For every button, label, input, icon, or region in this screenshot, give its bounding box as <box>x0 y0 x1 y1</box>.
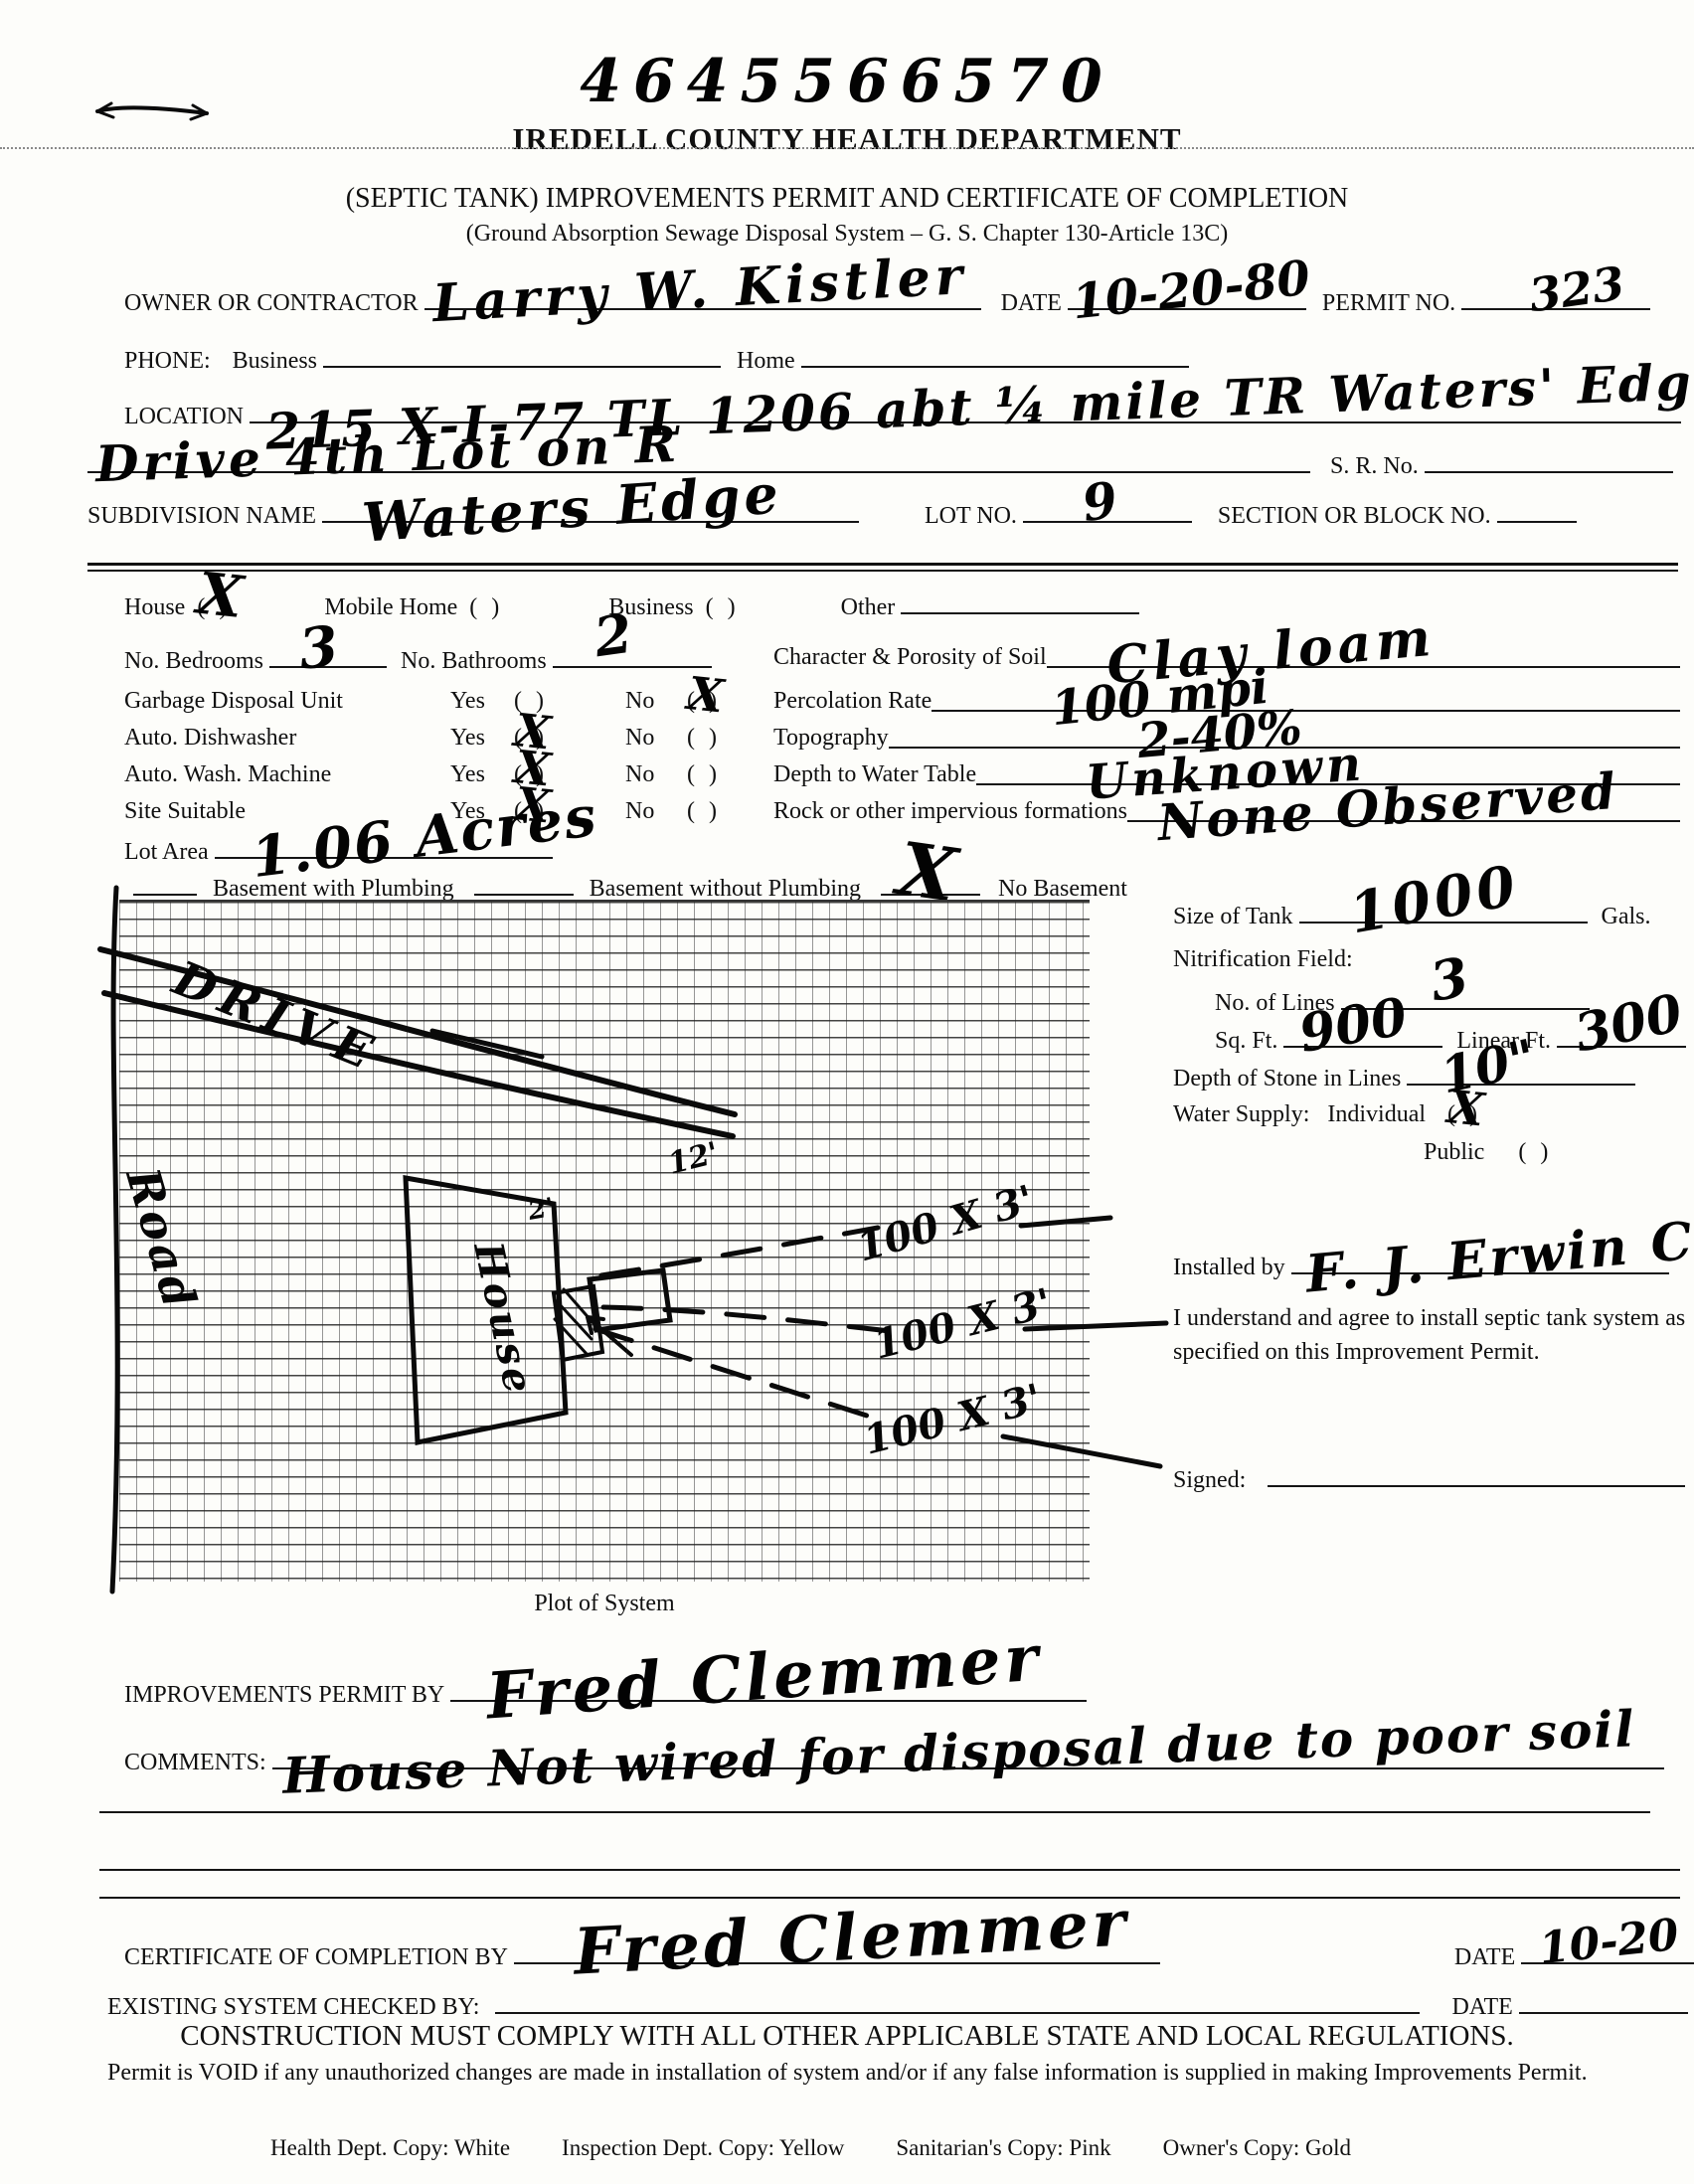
tank-size-row: Size of Tank 1000 Gals. <box>1173 900 1651 930</box>
bathrooms-label: No. Bathrooms <box>401 648 547 675</box>
comments-value: House Not wired for disposal due to poor… <box>281 1704 1636 1800</box>
phone-home-label: Home <box>737 348 795 375</box>
subdivision-label: SUBDIVISION NAME <box>87 503 316 530</box>
signed-row: Signed: <box>1173 1463 1685 1494</box>
water-supply-row: Water Supply: Individual ( ) X <box>1173 1101 1481 1128</box>
location-label: LOCATION <box>124 404 244 430</box>
bedrooms-label: No. Bedrooms <box>124 648 263 675</box>
no-checkbox: ( ) <box>687 725 721 752</box>
house-label: House <box>124 594 185 621</box>
yes-label: Yes <box>450 725 508 752</box>
rock-label: Rock or other impervious formations <box>773 798 1127 825</box>
topography-label: Topography <box>773 725 889 752</box>
business-paren: ( ) <box>706 594 740 620</box>
completion-date-value: 10-20 <box>1537 1914 1681 1971</box>
bedrooms-value: 3 <box>296 618 341 678</box>
rock-line: None Observed <box>1127 798 1680 822</box>
drain-leader-3 <box>1003 1436 1160 1466</box>
installed-by-value: F. J. Erwin Co <box>1303 1212 1694 1300</box>
permit-no-value: 323 <box>1526 260 1626 319</box>
no-label: No <box>625 761 681 788</box>
completion-signature: Fred Clemmer <box>573 1892 1131 1984</box>
other-line <box>901 590 1139 614</box>
soil-character-label: Character & Porosity of Soil <box>773 644 1047 671</box>
no-label: No <box>625 688 681 715</box>
installed-by-row: Installed by F. J. Erwin Co <box>1173 1251 1669 1281</box>
phone-home-line <box>801 344 1189 368</box>
no-label: No <box>625 725 681 752</box>
no-checkbox: ( ) <box>687 798 721 825</box>
existing-system-row: EXISTING SYSTEM CHECKED BY: DATE <box>107 1990 1688 2021</box>
subdivision-line: Waters Edge <box>322 499 859 523</box>
appliance-row: Auto. Dishwasher Yes ( )X No ( ) <box>124 725 721 752</box>
drain-line-label: 100 X 3' <box>859 1375 1046 1464</box>
permit-by-row: IMPROVEMENTS PERMIT BY Fred Clemmer <box>124 1678 1087 1709</box>
section-line <box>1497 499 1577 523</box>
copy-distribution: Health Dept. Copy: White Inspection Dept… <box>270 2135 1351 2161</box>
completion-date-line: 10-20 <box>1521 1940 1694 1964</box>
other-label: Other <box>841 594 896 621</box>
appliance-label: Auto. Wash. Machine <box>124 761 444 788</box>
sr-no-label: S. R. No. <box>1330 453 1419 480</box>
appliance-row: Auto. Wash. Machine Yes ( )X No ( ) <box>124 761 721 788</box>
stone-depth-row: Depth of Stone in Lines 10" <box>1173 1062 1635 1092</box>
phone-business-label: Business <box>233 348 317 375</box>
comments-blank-line <box>99 1811 1650 1813</box>
rock-row: Rock or other impervious formations None… <box>773 798 1680 825</box>
mobile-home-checkbox: ( ) <box>469 594 503 621</box>
location-row-2: Drive 4th Lot on R S. R. No. <box>87 449 1673 480</box>
dimension-label: 12' <box>664 1135 722 1181</box>
permit-no-line: 323 <box>1461 286 1650 310</box>
handwritten-document-number: 4645566570 <box>0 52 1694 111</box>
paren: ( ) <box>1518 1139 1552 1165</box>
individual-label: Individual <box>1327 1101 1426 1128</box>
lot-no-line: 9 <box>1023 499 1192 523</box>
scanned-permit-form: 4645566570 IREDELL COUNTY HEALTH DEPARTM… <box>0 0 1694 2184</box>
nitrification-label: Nitrification Field: <box>1173 946 1353 973</box>
permit-by-line: Fred Clemmer <box>450 1678 1087 1702</box>
lot-no-label: LOT NO. <box>925 503 1017 530</box>
lot-area-label: Lot Area <box>124 839 209 866</box>
compliance-statement: CONSTRUCTION MUST COMPLY WITH ALL OTHER … <box>0 2020 1694 2053</box>
date-value: 10-20-80 <box>1070 254 1312 327</box>
stone-depth-label: Depth of Stone in Lines <box>1173 1066 1401 1092</box>
department-title: IREDELL COUNTY HEALTH DEPARTMENT <box>0 121 1694 157</box>
drain-line-label: 100 X 3' <box>869 1279 1056 1369</box>
completion-label: CERTIFICATE OF COMPLETION BY <box>124 1944 508 1971</box>
stone-depth-line: 10" <box>1407 1062 1635 1086</box>
date-label: DATE <box>1001 290 1062 317</box>
no-checkbox: ( )X <box>687 688 721 715</box>
tank-size-value: 1000 <box>1345 858 1523 942</box>
completion-date-label: DATE <box>1454 1944 1515 1971</box>
copy-sanitarian: Sanitarian's Copy: Pink <box>896 2135 1110 2161</box>
house-mark: X <box>195 565 250 627</box>
no-of-lines-value: 3 <box>1426 949 1471 1009</box>
drain-line-1 <box>601 1228 878 1275</box>
tank-size-line: 1000 <box>1299 900 1588 924</box>
public-checkbox: ( ) <box>1518 1139 1552 1166</box>
paren: ( ) <box>687 798 721 824</box>
comments-row: COMMENTS: House Not wired for disposal d… <box>124 1746 1664 1776</box>
owner-line: Larry W. Kistler <box>424 286 981 310</box>
existing-label: EXISTING SYSTEM CHECKED BY: <box>107 1994 479 2021</box>
subdivision-row: SUBDIVISION NAME Waters Edge LOT NO. 9 S… <box>87 499 1577 530</box>
installed-by-label: Installed by <box>1173 1255 1285 1281</box>
bathrooms-value: 2 <box>591 606 635 665</box>
phone-row: PHONE: Business Home <box>124 344 1189 375</box>
bedrooms-row: No. Bedrooms 3 No. Bathrooms 2 <box>124 644 712 675</box>
paren: ( ) <box>687 725 721 751</box>
sqft-line: 900 <box>1283 1024 1442 1048</box>
yes-label: Yes <box>450 688 508 715</box>
location-line-1: 215 X-I-77 TL 1206 abt ¼ mile TR Waters'… <box>250 400 1681 423</box>
appliance-label: Auto. Dishwasher <box>124 725 444 752</box>
lot-area-row: Lot Area 1.06 Acres <box>124 835 553 866</box>
public-label: Public <box>1424 1139 1484 1166</box>
form-subtitle: (Ground Absorption Sewage Disposal Syste… <box>0 221 1694 248</box>
section-label: SECTION OR BLOCK NO. <box>1218 503 1491 530</box>
appliance-label: Garbage Disposal Unit <box>124 688 444 715</box>
lot-no-value: 9 <box>1080 475 1120 529</box>
permit-by-signature: Fred Clemmer <box>485 1627 1045 1730</box>
individual-checkbox: ( ) X <box>1447 1101 1481 1128</box>
house-checkbox: ( ) X <box>197 594 231 621</box>
permit-by-label: IMPROVEMENTS PERMIT BY <box>124 1682 444 1709</box>
section-divider <box>87 563 1678 572</box>
drain-line-2 <box>603 1307 890 1331</box>
date-line: 10-20-80 <box>1068 286 1306 310</box>
drain-line-label: 100 X 3' <box>852 1176 1039 1270</box>
sr-no-line <box>1425 449 1673 473</box>
percolation-label: Percolation Rate <box>773 688 932 715</box>
business-checkbox: ( ) <box>706 594 740 621</box>
completion-line: Fred Clemmer <box>514 1940 1160 1964</box>
distribution-box <box>590 1270 670 1330</box>
bathrooms-line: 2 <box>553 644 712 668</box>
public-row: Public ( ) <box>1424 1139 1552 1166</box>
signed-line <box>1268 1463 1685 1487</box>
perforation-rule <box>0 147 1694 149</box>
phone-label: PHONE: <box>124 348 211 375</box>
no-label: No <box>625 798 681 825</box>
mobile-home-paren: ( ) <box>469 594 503 620</box>
comments-label: COMMENTS: <box>124 1750 266 1776</box>
appliance-row: Garbage Disposal Unit Yes ( ) No ( )X <box>124 688 721 715</box>
bedrooms-line: 3 <box>269 644 387 668</box>
house-label: House <box>464 1237 543 1400</box>
completion-row: CERTIFICATE OF COMPLETION BY Fred Clemme… <box>124 1940 1694 1971</box>
lot-area-line: 1.06 Acres <box>215 835 553 859</box>
existing-date-line <box>1519 1990 1688 2014</box>
void-notice: Permit is VOID if any unauthorized chang… <box>107 2058 1599 2089</box>
plot-drawing: Road DRIVE House 12' 2' 100 X 3' 100 X 3… <box>75 880 1188 1605</box>
dimension-label-2: 2' <box>525 1193 557 1227</box>
tank-size-label: Size of Tank <box>1173 904 1293 930</box>
water-supply-label: Water Supply: <box>1173 1101 1309 1128</box>
structure-type-row: House ( ) X Mobile Home ( ) Business ( )… <box>124 590 1139 621</box>
drain-line-3 <box>595 1329 870 1417</box>
linear-ft-line: 300 <box>1557 1024 1686 1048</box>
phone-business-line <box>323 344 721 368</box>
owner-row: OWNER OR CONTRACTOR Larry W. Kistler DAT… <box>124 286 1650 317</box>
no-checkbox: ( ) <box>687 761 721 788</box>
signed-label: Signed: <box>1173 1467 1246 1494</box>
yes-label: Yes <box>450 761 508 788</box>
copy-inspection: Inspection Dept. Copy: Yellow <box>562 2135 844 2161</box>
sqft-value: 900 <box>1296 991 1412 1061</box>
agreement-text: I understand and agree to install septic… <box>1173 1302 1690 1369</box>
form-title: (SEPTIC TANK) IMPROVEMENTS PERMIT AND CE… <box>0 183 1694 215</box>
owner-value: Larry W. Kistler <box>431 251 968 330</box>
comments-line: House Not wired for disposal due to poor… <box>272 1746 1664 1769</box>
percolation-line: 100 mpi <box>932 688 1680 712</box>
existing-date-label: DATE <box>1451 1994 1512 2021</box>
copy-health: Health Dept. Copy: White <box>270 2135 510 2161</box>
existing-line <box>495 1990 1420 2014</box>
mobile-home-label: Mobile Home <box>324 594 457 621</box>
individual-mark: X <box>1446 1084 1490 1133</box>
copy-owner: Owner's Copy: Gold <box>1163 2135 1351 2161</box>
water-table-label: Depth to Water Table <box>773 761 976 788</box>
installed-by-line: F. J. Erwin Co <box>1291 1251 1669 1274</box>
sqft-label: Sq. Ft. <box>1215 1028 1277 1055</box>
plot-caption: Plot of System <box>119 1591 1090 1617</box>
owner-label: OWNER OR CONTRACTOR <box>124 290 419 317</box>
road-label: Road <box>115 1160 208 1317</box>
permit-no-label: PERMIT NO. <box>1322 290 1455 317</box>
paren: ( ) <box>687 761 721 787</box>
comments-blank-line <box>99 1869 1680 1871</box>
gals-label: Gals. <box>1602 904 1651 930</box>
no-mark: X <box>686 670 730 720</box>
soil-character-line: Clay loam <box>1047 644 1680 668</box>
